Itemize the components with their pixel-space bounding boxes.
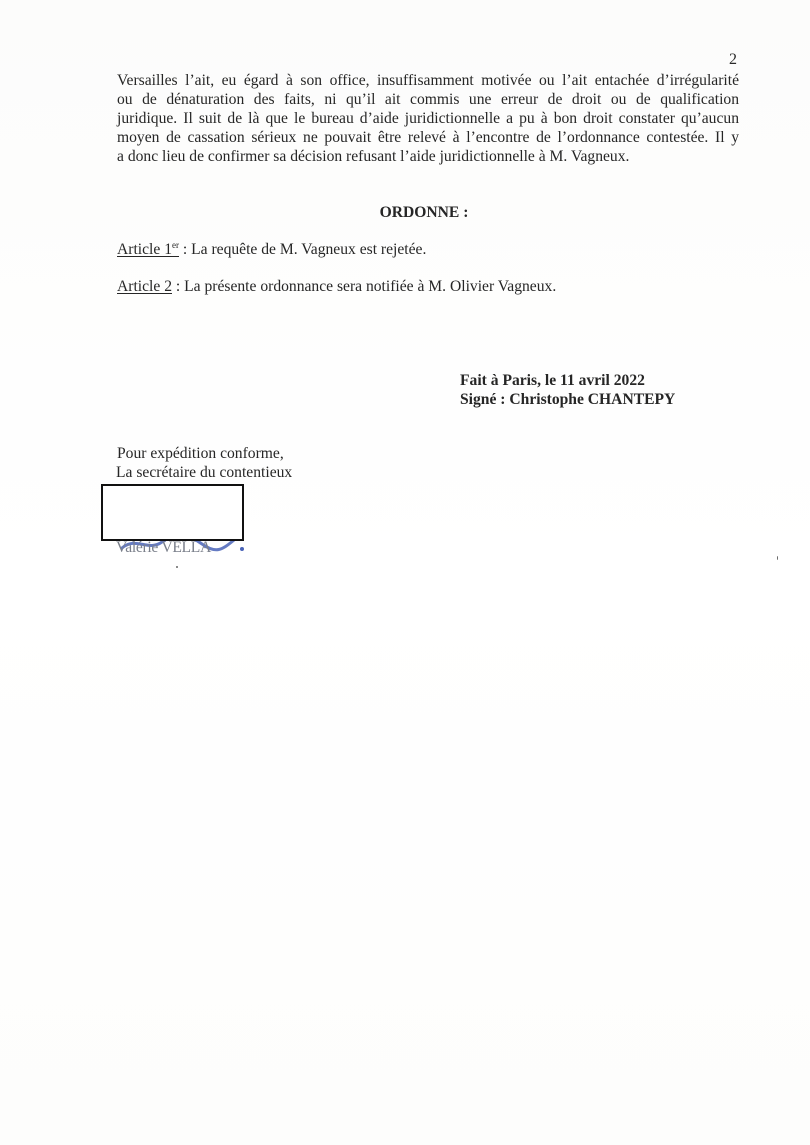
body-paragraph: Versailles l’ait, eu égard à son office,…	[117, 71, 739, 166]
scan-speck	[777, 556, 778, 560]
article-text: : La présente ordonnance sera notifiée à…	[172, 278, 556, 295]
certification-block: Pour expédition conforme, La secrétaire …	[117, 444, 292, 482]
article-1: Article 1er : La requête de M. Vagneux e…	[117, 241, 426, 259]
ordonne-heading: ORDONNE :	[0, 204, 810, 222]
paragraph-line: moyen de cassation sérieux ne pouvait êt…	[117, 128, 739, 147]
ink-dot-icon	[240, 547, 244, 551]
paragraph-line: a donc lieu de confirmer sa décision ref…	[117, 147, 739, 166]
article-label: Article 1er	[117, 241, 179, 258]
page-number: 2	[729, 51, 737, 69]
paragraph-line: Versailles l’ait, eu égard à son office,…	[117, 71, 739, 90]
article-2: Article 2 : La présente ordonnance sera …	[117, 278, 556, 296]
signatory-name: Valérie VELLA	[116, 539, 211, 557]
paragraph-line: ou de dénaturation des faits, ni qu’il a…	[117, 90, 739, 109]
redaction-box	[101, 484, 244, 541]
paragraph-line: juridique. Il suit de là que le bureau d…	[117, 109, 739, 128]
certification-line-2: La secrétaire du contentieux	[116, 463, 292, 482]
article-label-text: Article 1	[117, 241, 172, 258]
signed-by: Signé : Christophe CHANTEPY	[460, 390, 675, 409]
place-date: Fait à Paris, le 11 avril 2022	[460, 371, 675, 390]
scan-speck	[176, 566, 178, 568]
certification-line-1: Pour expédition conforme,	[117, 444, 292, 463]
document-page: 2 Versailles l’ait, eu égard à son offic…	[0, 0, 810, 1145]
article-superscript: er	[172, 240, 179, 250]
article-text: : La requête de M. Vagneux est rejetée.	[179, 241, 426, 258]
article-label: Article 2	[117, 278, 172, 295]
signoff-block: Fait à Paris, le 11 avril 2022 Signé : C…	[460, 371, 675, 409]
